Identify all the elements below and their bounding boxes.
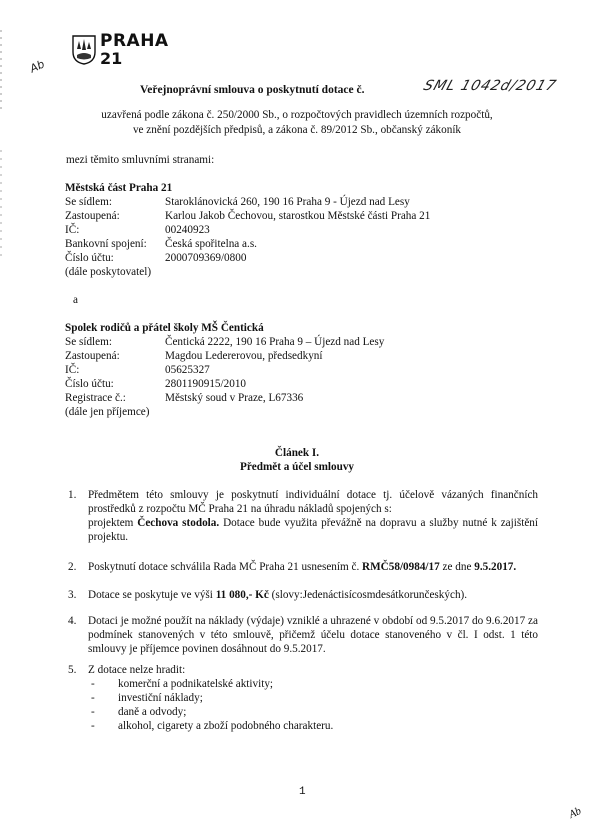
list-item: 5. Z dotace nelze hradit: bbox=[68, 663, 538, 677]
logo-number: 21 bbox=[100, 50, 122, 67]
provider-row-account: Číslo účtu: 2000709369/0800 bbox=[65, 252, 535, 266]
conjunction: a bbox=[73, 294, 78, 306]
margin-initials: Ab bbox=[28, 58, 47, 76]
row-label: Zastoupená: bbox=[65, 350, 120, 362]
item-text: Dotace se poskytuje ve výši 11 080,- Kč … bbox=[88, 589, 467, 601]
handwritten-contract-number: SML 1042d/2017 bbox=[421, 78, 558, 94]
row-value: 05625327 bbox=[165, 364, 210, 376]
row-value: Magdou Ledererovou, předsedkyní bbox=[165, 350, 323, 362]
exclusion-item: -alkohol, cigarety a zboží podobného cha… bbox=[68, 719, 538, 733]
row-value: Městský soud v Praze, L67336 bbox=[165, 392, 303, 404]
recipient-row-registration: Registrace č.: Městský soud v Praze, L67… bbox=[65, 392, 535, 406]
article-item-3: 3. Dotace se poskytuje ve výši 11 080,- … bbox=[68, 588, 538, 602]
row-label: Registrace č.: bbox=[65, 392, 126, 404]
row-label: Číslo účtu: bbox=[65, 378, 114, 390]
row-value: Karlou Jakob Čechovou, starostkou Městsk… bbox=[165, 210, 430, 222]
provider-row-ic: IČ: 00240923 bbox=[65, 224, 535, 238]
item-text: Předmětem této smlouvy je poskytnutí ind… bbox=[88, 489, 538, 543]
article-item-2: 2. Poskytnutí dotace schválila Rada MČ P… bbox=[68, 560, 538, 574]
item-number: 1. bbox=[68, 488, 76, 502]
list-item: 3. Dotace se poskytuje ve výši 11 080,- … bbox=[68, 588, 538, 602]
parties-intro: mezi těmito smluvními stranami: bbox=[66, 154, 214, 166]
provider-row-represented: Zastoupená: Karlou Jakob Čechovou, staro… bbox=[65, 210, 535, 224]
list-item: 1. Předmětem této smlouvy je poskytnutí … bbox=[68, 488, 538, 544]
recipient-row-represented: Zastoupená: Magdou Ledererovou, předsedk… bbox=[65, 350, 535, 364]
recipient-row-ic: IČ: 05625327 bbox=[65, 364, 535, 378]
recipient-row-account: Číslo účtu: 2801190915/2010 bbox=[65, 378, 535, 392]
row-value: Staroklánovická 260, 190 16 Praha 9 - Új… bbox=[165, 196, 410, 208]
row-value: 00240923 bbox=[165, 224, 210, 236]
exclusion-item: -daně a odvody; bbox=[68, 705, 538, 719]
row-label: Číslo účtu: bbox=[65, 252, 114, 264]
page-number: 1 bbox=[299, 786, 306, 798]
row-value: 2000709369/0800 bbox=[165, 252, 246, 264]
exclusion-item: -investiční náklady; bbox=[68, 691, 538, 705]
recipient-note: (dále jen příjemce) bbox=[65, 406, 149, 418]
provider-name: Městská část Praha 21 bbox=[65, 182, 172, 194]
row-label: Se sídlem: bbox=[65, 196, 112, 208]
row-value: Čentická 2222, 190 16 Praha 9 – Újezd na… bbox=[165, 336, 384, 348]
article-item-5: 5. Z dotace nelze hradit: -komerční a po… bbox=[68, 663, 538, 733]
document-title: Veřejnoprávní smlouva o poskytnutí dotac… bbox=[140, 84, 364, 96]
provider-row-seat: Se sídlem: Staroklánovická 260, 190 16 P… bbox=[65, 196, 535, 210]
list-item: 4. Dotaci je možné použít na náklady (vý… bbox=[68, 614, 538, 656]
row-label: IČ: bbox=[65, 364, 79, 376]
subtitle-line-1: uzavřená podle zákona č. 250/2000 Sb., o… bbox=[0, 109, 594, 121]
row-label: Bankovní spojení: bbox=[65, 238, 147, 250]
subtitle-line-2: ve znění pozdějších předpisů, a zákona č… bbox=[0, 124, 594, 136]
praha21-logo: PRAHA 21 bbox=[72, 33, 172, 73]
row-value: Česká spořitelna a.s. bbox=[165, 238, 257, 250]
article-item-1: 1. Předmětem této smlouvy je poskytnutí … bbox=[68, 488, 538, 544]
item-text: Z dotace nelze hradit: bbox=[88, 664, 185, 676]
provider-note: (dále poskytovatel) bbox=[65, 266, 151, 278]
item-text: Dotaci je možné použít na náklady (výdaj… bbox=[88, 615, 538, 655]
recipient-name: Spolek rodičů a přátel školy MŠ Čentická bbox=[65, 322, 264, 334]
recipient-row-seat: Se sídlem: Čentická 2222, 190 16 Praha 9… bbox=[65, 336, 535, 350]
item-number: 4. bbox=[68, 614, 76, 628]
item-number: 5. bbox=[68, 663, 76, 677]
row-label: Zastoupená: bbox=[65, 210, 120, 222]
article-subheading: Předmět a účel smlouvy bbox=[0, 461, 594, 473]
row-label: IČ: bbox=[65, 224, 79, 236]
item-number: 2. bbox=[68, 560, 76, 574]
article-item-4: 4. Dotaci je možné použít na náklady (vý… bbox=[68, 614, 538, 656]
item-text: Poskytnutí dotace schválila Rada MČ Prah… bbox=[88, 561, 516, 573]
list-item: 2. Poskytnutí dotace schválila Rada MČ P… bbox=[68, 560, 538, 574]
row-label: Se sídlem: bbox=[65, 336, 112, 348]
row-value: 2801190915/2010 bbox=[165, 378, 246, 390]
logo-word: PRAHA bbox=[100, 33, 169, 50]
provider-row-bank: Bankovní spojení: Česká spořitelna a.s. bbox=[65, 238, 535, 252]
coat-of-arms-icon bbox=[72, 35, 96, 65]
article-heading: Článek I. bbox=[0, 447, 594, 459]
item-number: 3. bbox=[68, 588, 76, 602]
exclusion-item: -komerční a podnikatelské aktivity; bbox=[68, 677, 538, 691]
corner-initials: Ab bbox=[567, 805, 583, 821]
